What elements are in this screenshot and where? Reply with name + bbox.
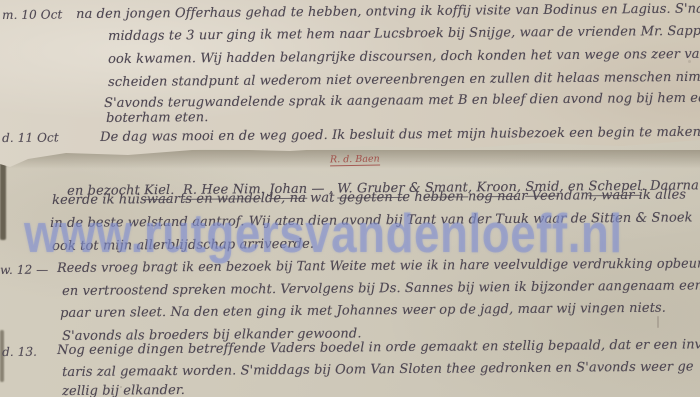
paper-speck <box>657 316 659 328</box>
website-watermark: www.rutgersvandenloeff.nl <box>24 203 623 266</box>
scanned-diary-page: m. 10 Oct na den jongen Offerhaus gehad … <box>0 0 700 397</box>
handwritten-line: boterham eten. <box>106 110 209 126</box>
entry-date-marker: d. 11 Oct <box>2 131 59 146</box>
red-ink-annotation: R. d. Baen <box>330 154 380 167</box>
paper-edge-shadow <box>0 162 6 240</box>
handwritten-line: zellig bij elkander. <box>62 383 185 397</box>
entry-date-marker: m. 10 Oct <box>2 7 63 23</box>
entry-date-marker: d. 13. <box>2 345 37 360</box>
